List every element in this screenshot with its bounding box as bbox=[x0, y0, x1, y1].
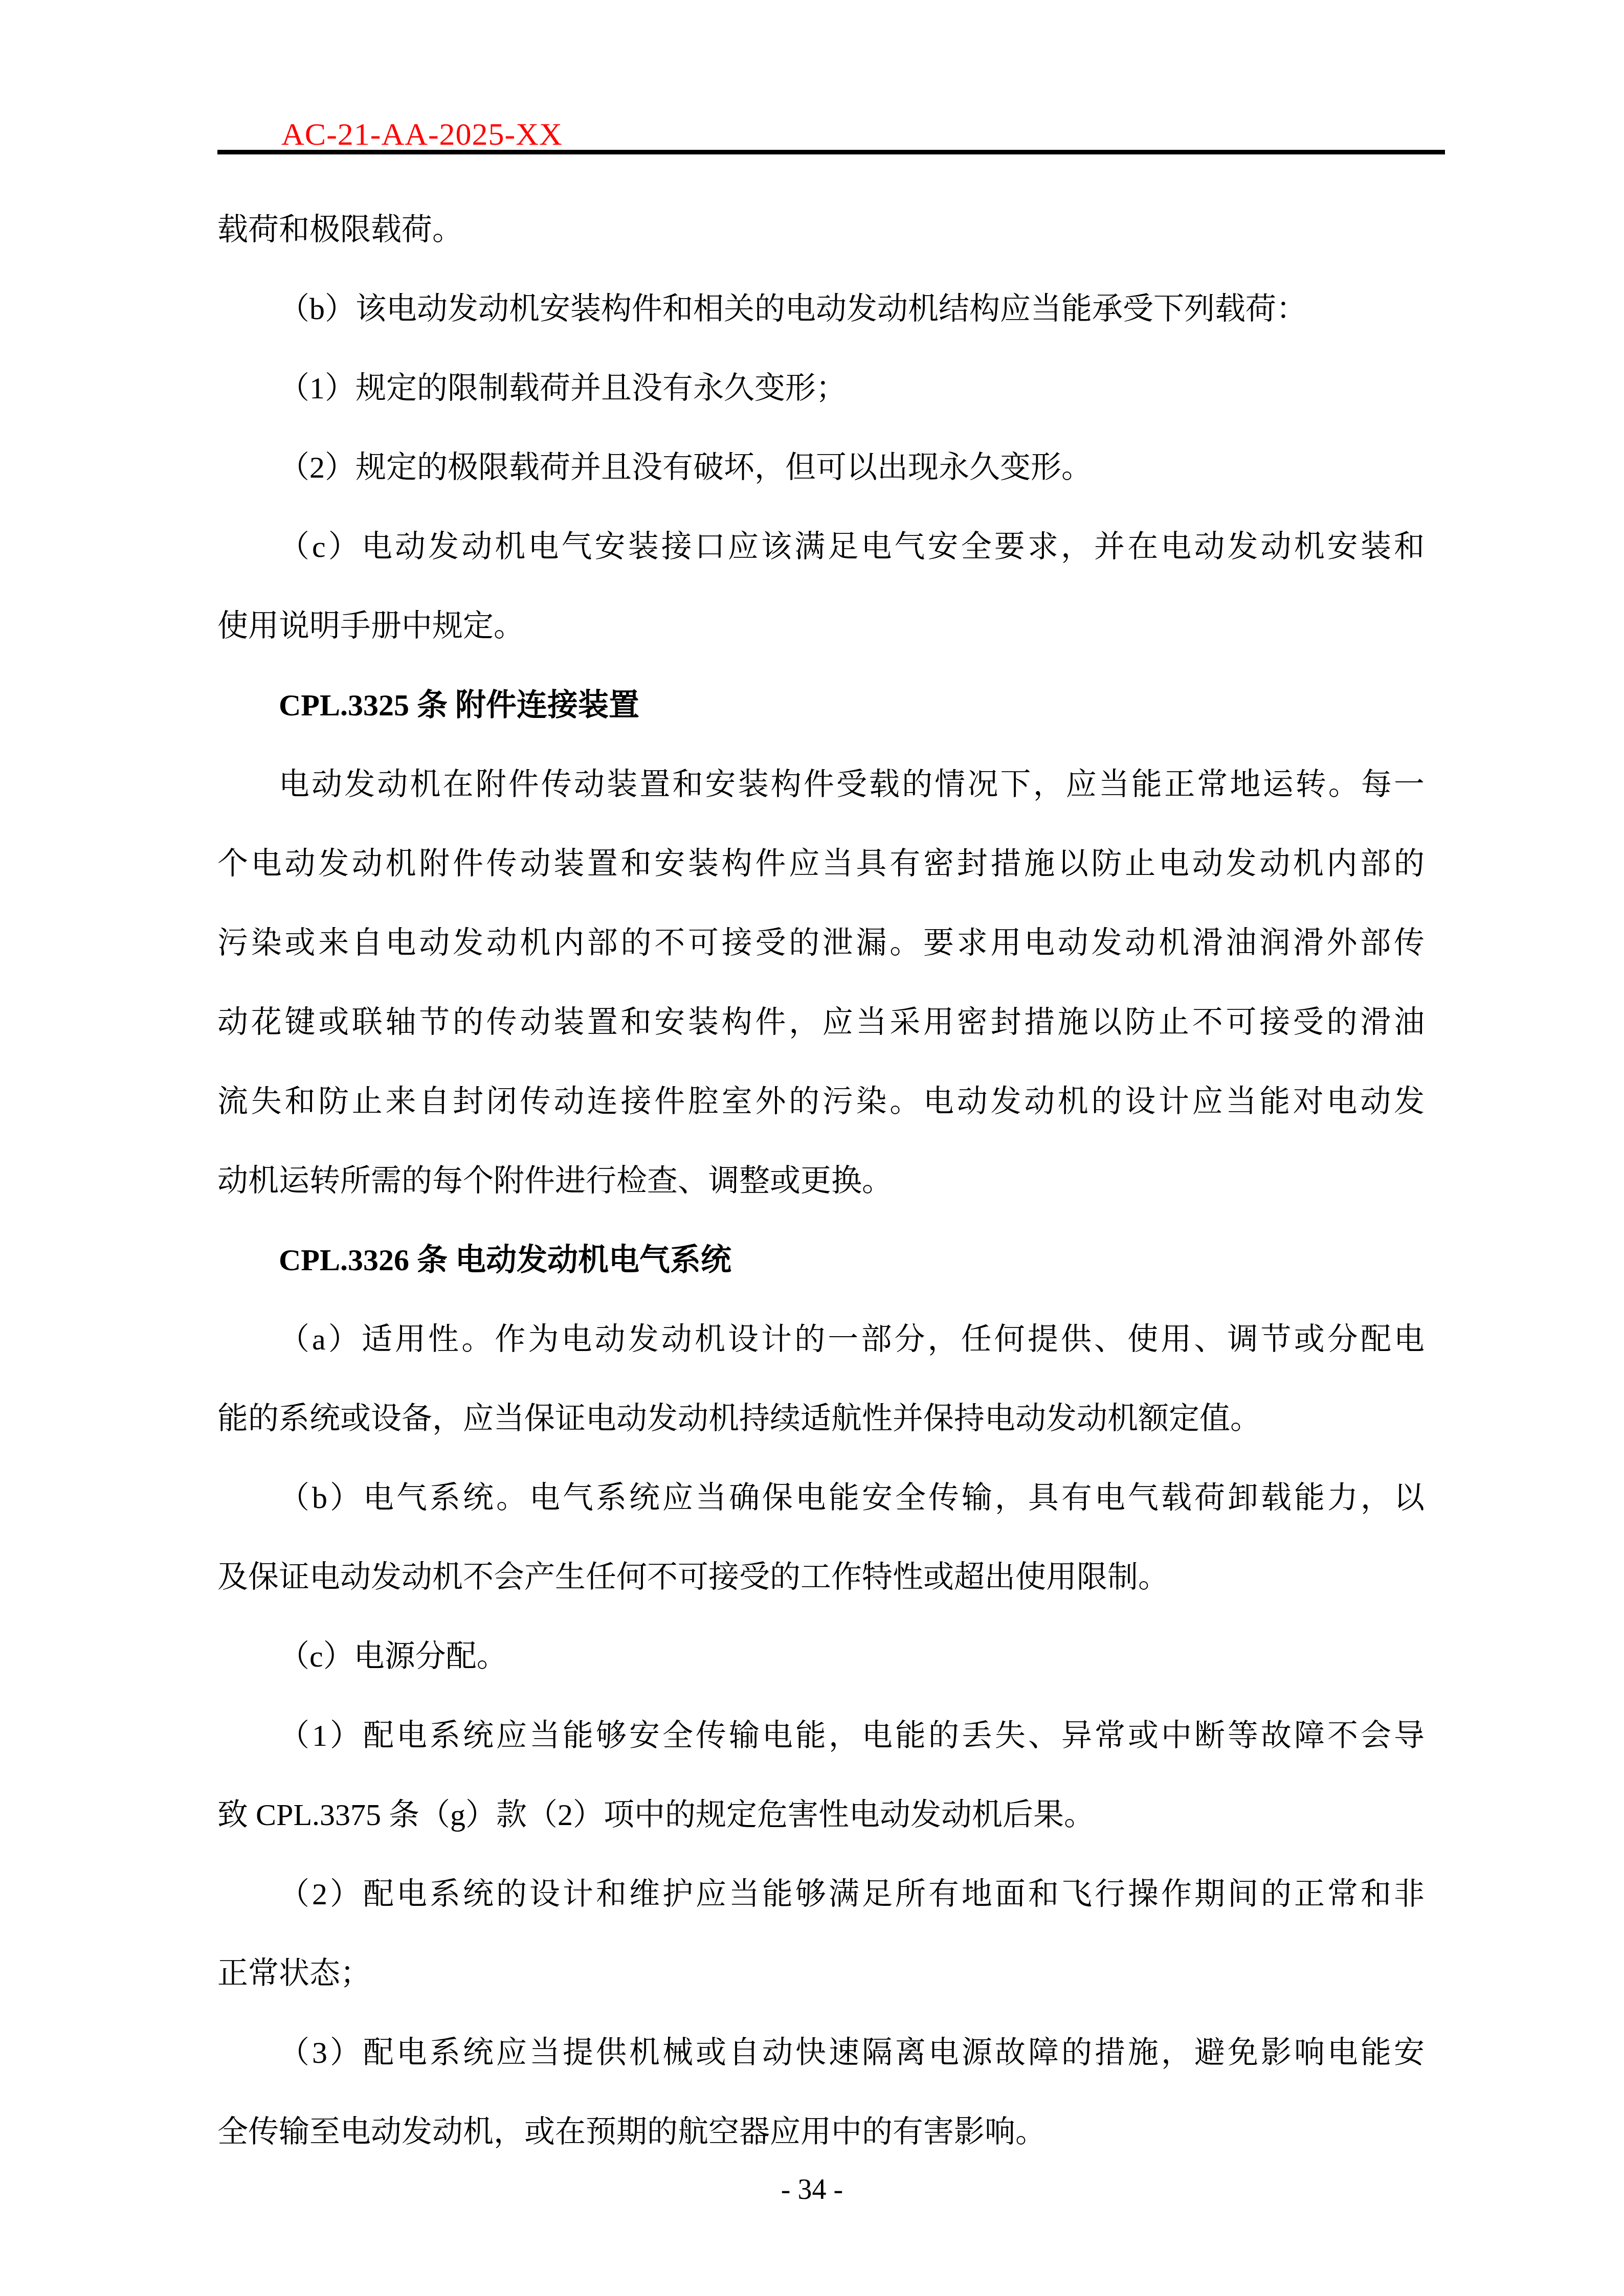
document-line: （3）配电系统应当提供机械或自动快速隔离电源故障的措施，避免影响电能安 bbox=[217, 2013, 1425, 2092]
page-footer: - 34 - bbox=[0, 2169, 1624, 2210]
document-line: （a）适用性。作为电动发动机设计的一部分，任何提供、使用、调节或分配电 bbox=[217, 1300, 1425, 1379]
document-line: （2）配电系统的设计和维护应当能够满足所有地面和飞行操作期间的正常和非 bbox=[217, 1855, 1425, 1934]
document-line: 全传输至电动发动机，或在预期的航空器应用中的有害影响。 bbox=[217, 2092, 1425, 2172]
document-page: AC-21-AA-2025-XX 载荷和极限载荷。 （b）该电动发动机安装构件和… bbox=[0, 0, 1624, 2296]
document-line: 致 CPL.3375 条（g）款（2）项中的规定危害性电动发动机后果。 bbox=[217, 1775, 1425, 1855]
document-line: （c）电动发动机电气安装接口应该满足电气安全要求，并在电动发动机安装和 bbox=[217, 507, 1425, 587]
document-line: 动机运转所需的每个附件进行检查、调整或更换。 bbox=[217, 1141, 1425, 1221]
section-heading-cpl3326: CPL.3326 条 电动发动机电气系统 bbox=[217, 1221, 1425, 1300]
document-line: 动花键或联轴节的传动装置和安装构件，应当采用密封措施以防止不可接受的滑油 bbox=[217, 983, 1425, 1062]
document-line: （b）电气系统。电气系统应当确保电能安全传输，具有电气载荷卸载能力，以 bbox=[217, 1458, 1425, 1538]
document-line: 正常状态； bbox=[217, 1934, 1425, 2013]
document-line: 能的系统或设备，应当保证电动发动机持续适航性并保持电动发动机额定值。 bbox=[217, 1379, 1425, 1458]
document-line: （1）规定的限制载荷并且没有永久变形； bbox=[217, 349, 1425, 428]
header-rule bbox=[217, 150, 1445, 154]
header-doc-number: AC-21-AA-2025-XX bbox=[281, 118, 563, 151]
document-line: 流失和防止来自封闭传动连接件腔室外的污染。电动发动机的设计应当能对电动发 bbox=[217, 1062, 1425, 1141]
document-line: 电动发动机在附件传动装置和安装构件受载的情况下，应当能正常地运转。每一 bbox=[217, 745, 1425, 824]
document-line: （b）该电动发动机安装构件和相关的电动发动机结构应当能承受下列载荷： bbox=[217, 269, 1425, 349]
document-line: （2）规定的极限载荷并且没有破坏，但可以出现永久变形。 bbox=[217, 428, 1425, 507]
document-line: 载荷和极限载荷。 bbox=[217, 190, 1425, 269]
document-line: 污染或来自电动发动机内部的不可接受的泄漏。要求用电动发动机滑油润滑外部传 bbox=[217, 904, 1425, 983]
document-line: 个电动发动机附件传动装置和安装构件应当具有密封措施以防止电动发动机内部的 bbox=[217, 824, 1425, 904]
document-line: 使用说明手册中规定。 bbox=[217, 587, 1425, 666]
document-line: （c）电源分配。 bbox=[217, 1617, 1425, 1696]
document-body: 载荷和极限载荷。 （b）该电动发动机安装构件和相关的电动发动机结构应当能承受下列… bbox=[217, 190, 1425, 2172]
section-heading-cpl3325: CPL.3325 条 附件连接装置 bbox=[217, 666, 1425, 745]
document-line: 及保证电动发动机不会产生任何不可接受的工作特性或超出使用限制。 bbox=[217, 1538, 1425, 1617]
page-number: - 34 - bbox=[781, 2174, 843, 2205]
document-line: （1）配电系统应当能够安全传输电能，电能的丢失、异常或中断等故障不会导 bbox=[217, 1696, 1425, 1775]
